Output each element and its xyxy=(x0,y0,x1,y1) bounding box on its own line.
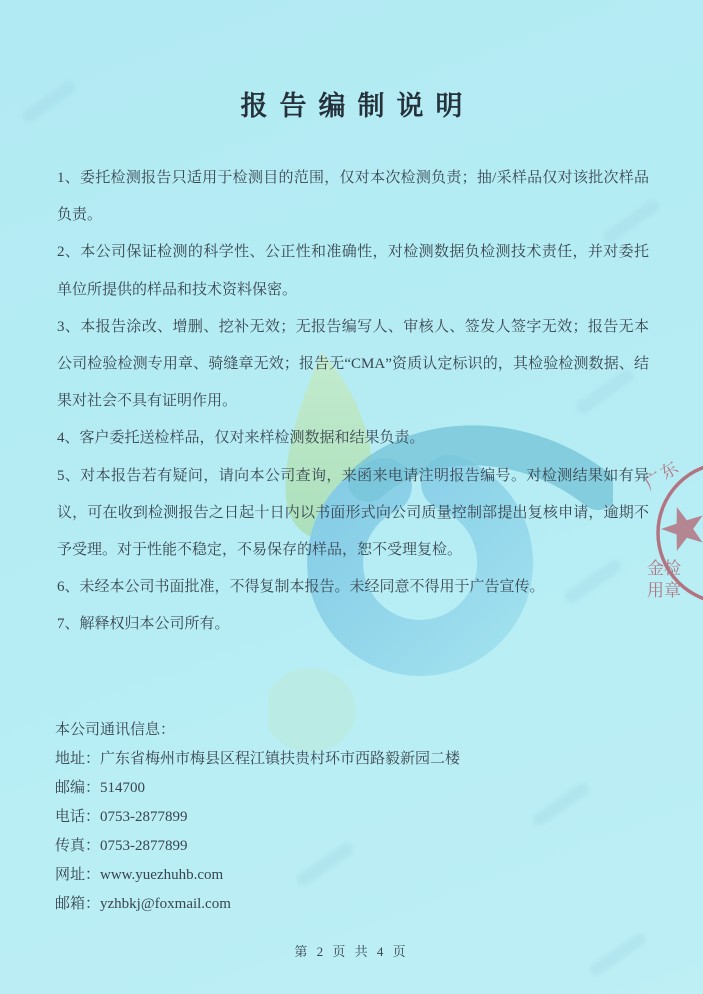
contact-row-email: 邮箱：yzhbkj@foxmail.com xyxy=(55,890,595,919)
contact-label: 地址： xyxy=(55,745,100,774)
seal-border-circle xyxy=(658,463,703,603)
contact-label: 电话： xyxy=(55,803,100,832)
seal-star-icon xyxy=(656,500,703,553)
report-instructions-page: 广东 金检 用章 报告编制说明 1、委托检测报告只适用于检测目的范围，仅对本次检… xyxy=(0,0,703,994)
seal-bottom-text-2: 用章 xyxy=(647,580,681,600)
note-item-3: 3、本报告涂改、增删、挖补无效；无报告编写人、审核人、签发人签字无效；报告无本公… xyxy=(57,309,649,421)
contact-info-block: 本公司通讯信息： 地址：广东省梅州市梅县区程江镇扶贵村环市西路毅新园二楼 邮编：… xyxy=(55,716,595,919)
contact-label: 网址： xyxy=(55,861,100,890)
contact-value: 广东省梅州市梅县区程江镇扶贵村环市西路毅新园二楼 xyxy=(100,745,460,774)
note-item-7: 7、解释权归本公司所有。 xyxy=(57,606,649,643)
contact-row-fax: 传真：0753-2877899 xyxy=(55,832,595,861)
notes-list: 1、委托检测报告只适用于检测目的范围，仅对本次检测负责；抽/采样品仅对该批次样品… xyxy=(57,160,649,644)
note-item-6: 6、未经本公司书面批准，不得复制本报告。未经同意不得用于广告宣传。 xyxy=(57,569,649,606)
contact-row-postcode: 邮编：514700 xyxy=(55,774,595,803)
page-number: 第 2 页 共 4 页 xyxy=(0,941,703,960)
contact-label: 传真： xyxy=(55,832,100,861)
note-item-2: 2、本公司保证检测的科学性、公正性和准确性，对检测数据负检测技术责任，并对委托单… xyxy=(57,234,649,308)
note-item-5: 5、对本报告若有疑问，请向本公司查询，来函来电请注明报告编号。对检测结果如有异议… xyxy=(57,458,649,570)
page-title: 报告编制说明 xyxy=(0,84,703,123)
note-item-1: 1、委托检测报告只适用于检测目的范围，仅对本次检测负责；抽/采样品仅对该批次样品… xyxy=(57,160,649,234)
company-seal-stamp: 广东 金检 用章 xyxy=(641,438,703,643)
contact-value: 0753-2877899 xyxy=(100,803,188,832)
contact-value: www.yuezhuhb.com xyxy=(100,861,223,890)
contact-value: 0753-2877899 xyxy=(100,832,188,861)
contact-row-phone: 电话：0753-2877899 xyxy=(55,803,595,832)
note-item-4: 4、客户委托送检样品，仅对来样检测数据和结果负责。 xyxy=(57,420,649,457)
seal-bottom-text-1: 金检 xyxy=(647,559,681,578)
contact-heading: 本公司通讯信息： xyxy=(55,716,595,745)
contact-row-address: 地址：广东省梅州市梅县区程江镇扶贵村环市西路毅新园二楼 xyxy=(55,745,595,774)
contact-row-website: 网址：www.yuezhuhb.com xyxy=(55,861,595,890)
contact-label: 邮箱： xyxy=(55,890,100,919)
contact-label: 邮编： xyxy=(55,774,100,803)
contact-value: 514700 xyxy=(100,774,145,803)
contact-value: yzhbkj@foxmail.com xyxy=(100,890,231,919)
